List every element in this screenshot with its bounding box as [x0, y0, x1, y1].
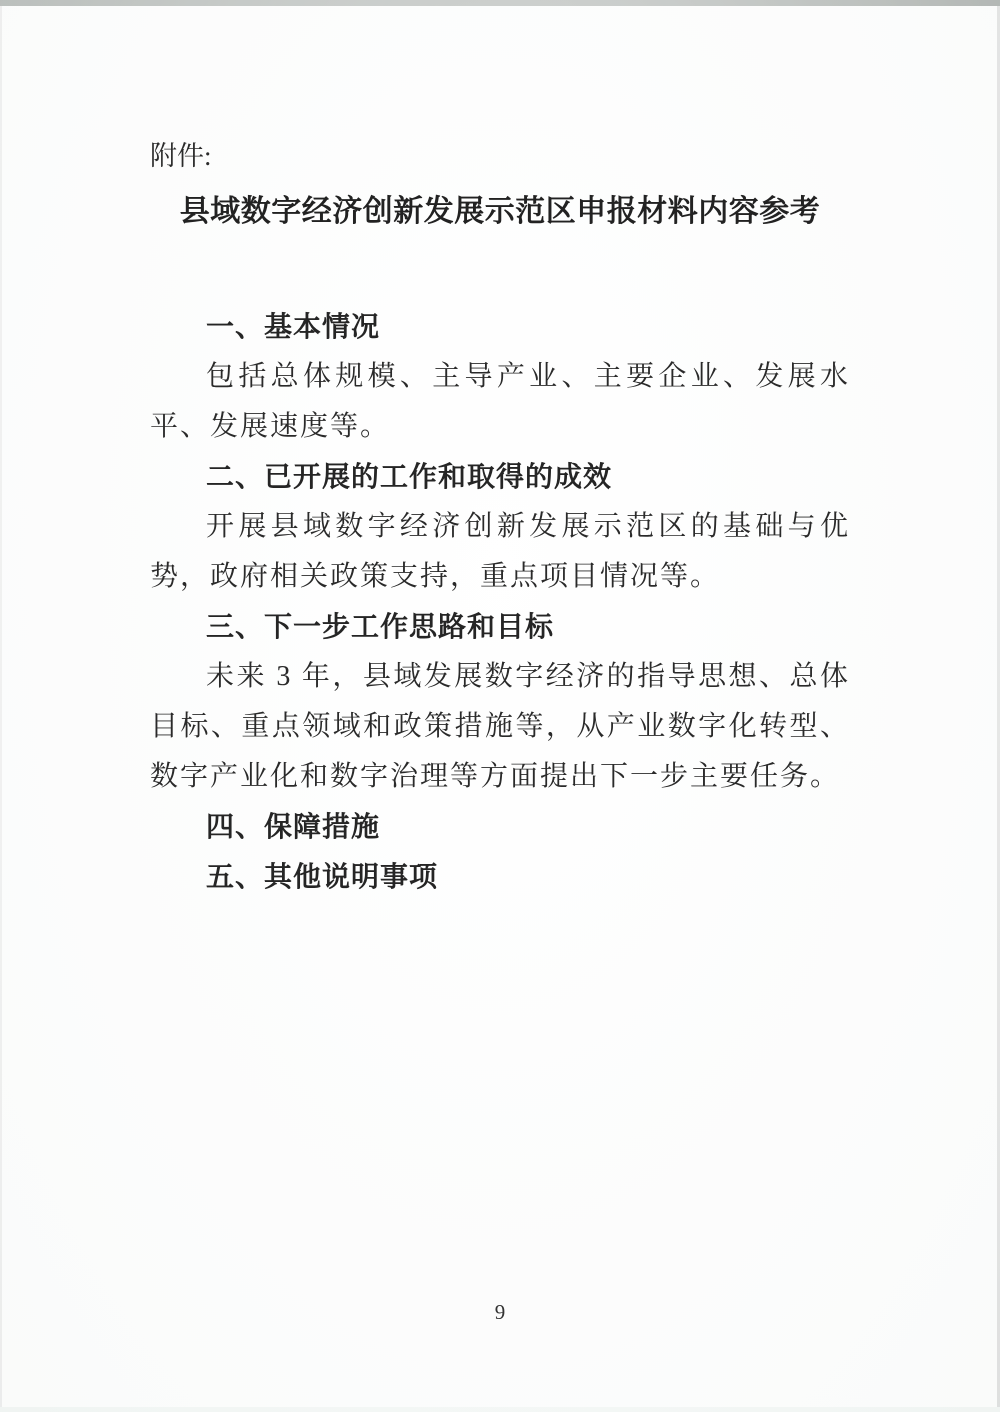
- scanner-bottom-edge: [0, 1407, 1000, 1412]
- section-heading: 五、其他说明事项: [150, 852, 850, 902]
- document-title: 县域数字经济创新发展示范区申报材料内容参考: [150, 192, 850, 232]
- section-heading: 四、保障措施: [150, 802, 850, 852]
- attachment-label: 附件:: [150, 138, 850, 174]
- page-number: 9: [0, 1298, 1000, 1326]
- section-body: 包括总体规模、主导产业、主要企业、发展水平、发展速度等。: [150, 352, 850, 452]
- section-1: 一、基本情况 包括总体规模、主导产业、主要企业、发展水平、发展速度等。: [150, 302, 850, 452]
- section-2: 二、已开展的工作和取得的成效 开展县域数字经济创新发展示范区的基础与优势，政府相…: [150, 452, 850, 602]
- section-3: 三、下一步工作思路和目标 未来 3 年，县域发展数字经济的指导思想、总体目标、重…: [150, 602, 850, 802]
- section-4: 四、保障措施: [150, 802, 850, 852]
- document-body: 一、基本情况 包括总体规模、主导产业、主要企业、发展水平、发展速度等。 二、已开…: [150, 302, 850, 902]
- section-heading: 二、已开展的工作和取得的成效: [150, 452, 850, 502]
- section-5: 五、其他说明事项: [150, 852, 850, 902]
- document-page: 附件: 县域数字经济创新发展示范区申报材料内容参考 一、基本情况 包括总体规模、…: [150, 0, 850, 902]
- scanner-left-edge: [0, 6, 2, 1412]
- section-body: 开展县域数字经济创新发展示范区的基础与优势，政府相关政策支持，重点项目情况等。: [150, 502, 850, 602]
- section-heading: 三、下一步工作思路和目标: [150, 602, 850, 652]
- section-body: 未来 3 年，县域发展数字经济的指导思想、总体目标、重点领域和政策措施等，从产业…: [150, 652, 850, 802]
- section-heading: 一、基本情况: [150, 302, 850, 352]
